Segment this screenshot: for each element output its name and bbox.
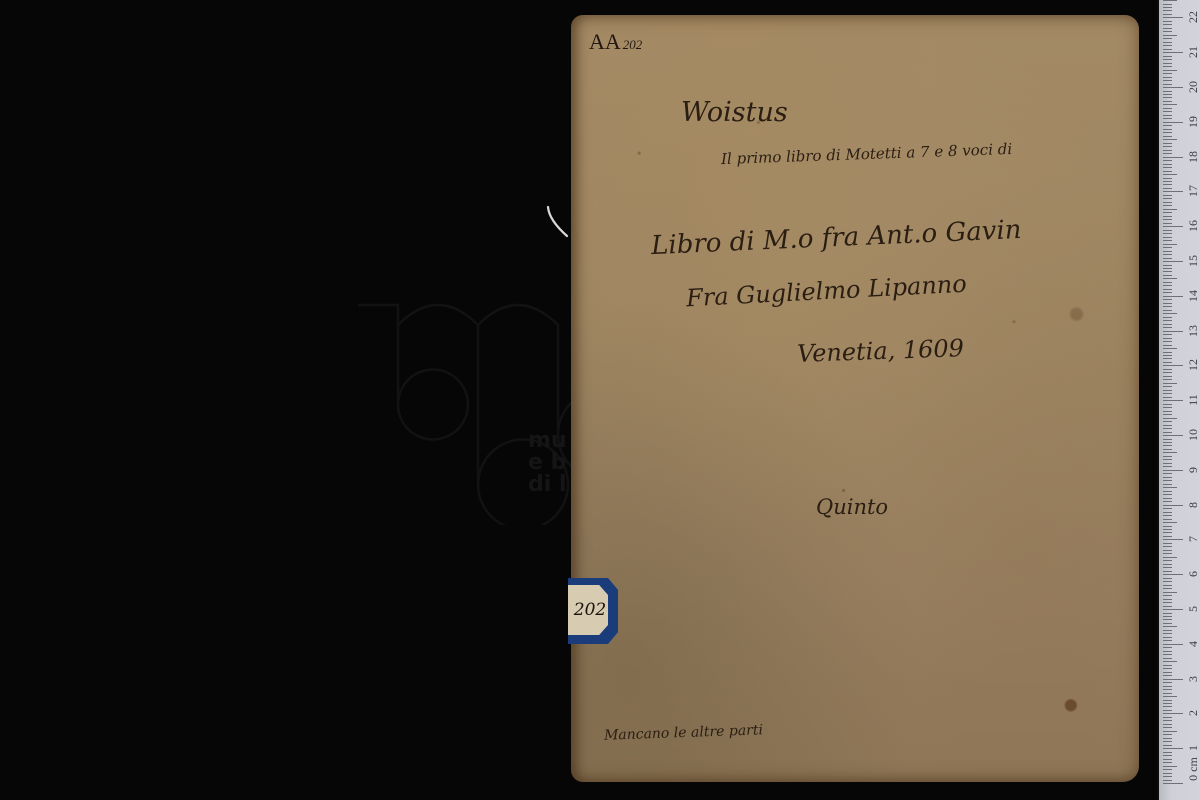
- ruler-tick: [1163, 637, 1172, 638]
- ruler-tick: [1163, 188, 1172, 189]
- ruler-tick: [1163, 341, 1172, 342]
- ruler-tick: [1163, 390, 1172, 391]
- ruler-tick: [1163, 588, 1172, 589]
- ruler-tick: [1163, 633, 1172, 634]
- ruler-tick: [1163, 174, 1177, 175]
- ruler-tick: [1163, 4, 1172, 5]
- ruler-tick: [1163, 421, 1172, 422]
- ruler-tick: [1163, 668, 1172, 669]
- ruler-tick: [1163, 703, 1172, 704]
- ruler-tick: [1163, 70, 1177, 71]
- ruler-label: 22: [1187, 9, 1199, 25]
- ruler-tick: [1163, 313, 1177, 314]
- ruler-tick: [1163, 132, 1172, 133]
- ruler-tick: [1163, 153, 1172, 154]
- ruler-tick: [1163, 195, 1172, 196]
- ruler-label: 17: [1187, 183, 1199, 199]
- watermark-line: mu: [528, 430, 567, 452]
- ruler-tick: [1163, 244, 1177, 245]
- ruler-tick: [1163, 379, 1172, 380]
- ruler-tick: [1163, 362, 1172, 363]
- ruler-tick: [1163, 268, 1172, 269]
- ruler-tick: [1163, 484, 1172, 485]
- ruler-tick: [1163, 602, 1172, 603]
- ruler-tick: [1163, 473, 1172, 474]
- ruler-label: 15: [1187, 253, 1199, 269]
- owner-name: Fra Guglielmo Lipanno: [685, 270, 967, 313]
- ruler-tick: [1163, 661, 1177, 662]
- ruler-tick: [1163, 459, 1172, 460]
- ruler-tick: [1163, 505, 1183, 506]
- ruler-tick: [1163, 599, 1172, 600]
- ruler-tick: [1163, 700, 1172, 701]
- ruler-tick: [1163, 773, 1172, 774]
- ruler-tick: [1163, 539, 1183, 540]
- ruler-tick: [1163, 198, 1172, 199]
- ruler-tick: [1163, 442, 1172, 443]
- ruler-tick: [1163, 463, 1172, 464]
- ruler-label: 16: [1187, 218, 1199, 234]
- ruler-tick: [1163, 720, 1172, 721]
- ruler-tick: [1163, 498, 1172, 499]
- ruler-tick: [1163, 724, 1172, 725]
- ruler-tick: [1163, 536, 1172, 537]
- ruler-tick: [1163, 435, 1183, 436]
- ruler-tick: [1163, 181, 1172, 182]
- ruler-tick: [1163, 466, 1172, 467]
- ruler-tick: [1163, 45, 1172, 46]
- ruler-tick: [1163, 369, 1172, 370]
- spine-label-number: 202: [568, 585, 608, 635]
- ruler-tick: [1163, 251, 1172, 252]
- ruler-tick: [1163, 640, 1172, 641]
- ruler-tick: [1163, 202, 1172, 203]
- ruler-label: 21: [1187, 44, 1199, 60]
- ruler-tick: [1163, 21, 1172, 22]
- ruler-tick: [1163, 111, 1172, 112]
- binding-thread-icon: [545, 204, 569, 240]
- watermark-line: e b: [528, 452, 567, 474]
- ruler-tick: [1163, 675, 1172, 676]
- ruler-tick: [1163, 115, 1172, 116]
- ruler-tick: [1163, 278, 1177, 279]
- ruler-tick: [1163, 230, 1172, 231]
- ruler-label: 13: [1187, 323, 1199, 339]
- ruler-label: 11: [1187, 392, 1199, 408]
- ruler-label: 19: [1187, 114, 1199, 130]
- ruler-tick: [1163, 404, 1172, 405]
- ruler-tick: [1163, 17, 1183, 18]
- ruler-tick: [1163, 738, 1172, 739]
- ownership-inscription: Libro di M.o fra Ant.o Gavin: [651, 215, 1023, 261]
- ruler-tick: [1163, 28, 1172, 29]
- watermark-line: di l: [528, 474, 567, 496]
- ruler-tick: [1163, 693, 1172, 694]
- ruler-label: 9: [1187, 462, 1199, 478]
- ruler-tick: [1163, 755, 1172, 756]
- ruler-tick: [1163, 619, 1172, 620]
- ruler-tick: [1163, 606, 1172, 607]
- ruler-tick: [1163, 480, 1172, 481]
- ruler-tick: [1163, 66, 1172, 67]
- ruler-tick: [1163, 63, 1172, 64]
- ruler-tick: [1163, 679, 1183, 680]
- ruler-tick: [1163, 623, 1172, 624]
- ruler-tick: [1163, 682, 1172, 683]
- ruler-tick: [1163, 271, 1172, 272]
- shelfmark-sub: 202: [623, 37, 643, 52]
- ruler-tick: [1163, 494, 1172, 495]
- ruler-tick: [1163, 261, 1183, 262]
- ruler-tick: [1163, 348, 1177, 349]
- ruler-tick: [1163, 164, 1172, 165]
- ruler-tick: [1163, 689, 1172, 690]
- ruler-tick: [1163, 299, 1172, 300]
- ruler-tick: [1163, 49, 1172, 50]
- ruler-tick: [1163, 125, 1172, 126]
- ruler-tick: [1163, 727, 1172, 728]
- ruler-tick: [1163, 651, 1172, 652]
- ruler-tick: [1163, 171, 1172, 172]
- ruler-tick: [1163, 7, 1172, 8]
- ruler-tick: [1163, 254, 1172, 255]
- ruler-label: 6: [1187, 566, 1199, 582]
- ruler-tick: [1163, 557, 1177, 558]
- ruler-tick: [1163, 609, 1183, 610]
- ruler-tick: [1163, 247, 1172, 248]
- ruler-tick: [1163, 122, 1183, 123]
- ruler-tick: [1163, 759, 1172, 760]
- ruler-tick: [1163, 780, 1172, 781]
- ruler-tick: [1163, 644, 1183, 645]
- spine-label: 202: [568, 578, 618, 644]
- ruler-tick: [1163, 10, 1172, 11]
- ruler-tick: [1163, 456, 1172, 457]
- ruler-tick: [1163, 258, 1172, 259]
- ruler-tick: [1163, 24, 1172, 25]
- ruler-tick: [1163, 35, 1177, 36]
- ruler-tick: [1163, 383, 1177, 384]
- ruler-tick: [1163, 331, 1183, 332]
- ruler-tick: [1163, 585, 1172, 586]
- ruler-tick: [1163, 546, 1172, 547]
- ruler-label: 20: [1187, 79, 1199, 95]
- ruler-label: 1: [1187, 740, 1199, 756]
- ruler-tick: [1163, 205, 1172, 206]
- ruler-tick: [1163, 574, 1183, 575]
- imprint-place-date: Venetia, 1609: [797, 334, 965, 368]
- ruler-label: 8: [1187, 497, 1199, 513]
- ruler-tick: [1163, 731, 1177, 732]
- ruler-tick: [1163, 501, 1172, 502]
- ruler-tick: [1163, 400, 1183, 401]
- ruler-tick: [1163, 526, 1172, 527]
- ruler-tick: [1163, 139, 1177, 140]
- ruler-tick: [1163, 91, 1172, 92]
- ruler-tick: [1163, 762, 1172, 763]
- ruler-tick: [1163, 282, 1172, 283]
- ruler-tick: [1163, 543, 1172, 544]
- ruler-tick: [1163, 358, 1172, 359]
- ruler-tick: [1163, 553, 1172, 554]
- ruler-tick: [1163, 477, 1172, 478]
- ruler-tick: [1163, 508, 1172, 509]
- ruler-tick: [1163, 292, 1172, 293]
- ruler-tick: [1163, 310, 1172, 311]
- ruler-tick: [1163, 567, 1172, 568]
- ruler-tick: [1163, 216, 1172, 217]
- ruler-tick: [1163, 560, 1172, 561]
- ruler-tick: [1163, 223, 1172, 224]
- ruler-tick: [1163, 237, 1172, 238]
- ruler-tick: [1163, 439, 1172, 440]
- watermark-text: mu e b di l: [528, 430, 567, 496]
- ruler-tick: [1163, 265, 1172, 266]
- ruler-tick: [1163, 94, 1172, 95]
- measurement-ruler: 0 cm12345678910111213141516171819202122: [1157, 0, 1200, 800]
- ruler-tick: [1163, 31, 1172, 32]
- ruler-tick: [1163, 532, 1172, 533]
- ruler-tick: [1163, 592, 1177, 593]
- watermark-logo-icon: [348, 285, 608, 525]
- ruler-tick: [1163, 143, 1172, 144]
- ruler-tick: [1163, 372, 1172, 373]
- ruler-tick: [1163, 296, 1183, 297]
- partbook-label: Quinto: [816, 495, 888, 519]
- ruler-tick: [1163, 571, 1172, 572]
- ruler-label: 14: [1187, 288, 1199, 304]
- ruler-tick: [1163, 376, 1172, 377]
- ruler-tick: [1163, 14, 1172, 15]
- ruler-tick: [1163, 101, 1172, 102]
- ruler-tick: [1163, 428, 1172, 429]
- ruler-tick: [1163, 104, 1177, 105]
- ruler-tick: [1163, 136, 1172, 137]
- work-title: Il primo libro di Motetti a 7 e 8 voci d…: [721, 140, 1013, 168]
- ruler-tick: [1163, 752, 1172, 753]
- ruler-tick: [1163, 129, 1172, 130]
- ruler-tick: [1163, 108, 1172, 109]
- ruler-tick: [1163, 487, 1177, 488]
- ruler-tick: [1163, 59, 1172, 60]
- ruler-tick: [1163, 338, 1172, 339]
- ruler-tick: [1163, 452, 1177, 453]
- ruler-tick: [1163, 613, 1172, 614]
- ruler-tick: [1163, 783, 1183, 784]
- ruler-tick: [1163, 73, 1172, 74]
- ruler-label: 5: [1187, 601, 1199, 617]
- ruler-tick: [1163, 303, 1172, 304]
- ruler-tick: [1163, 80, 1172, 81]
- ruler-tick: [1163, 432, 1172, 433]
- ruler-tick: [1163, 626, 1177, 627]
- ruler-tick: [1163, 84, 1172, 85]
- ruler-tick: [1163, 38, 1172, 39]
- ruler-tick: [1163, 320, 1172, 321]
- ruler-tick: [1163, 564, 1172, 565]
- ruler-tick: [1163, 393, 1172, 394]
- ruler-tick: [1163, 616, 1172, 617]
- ruler-tick: [1163, 209, 1177, 210]
- ruler-label: 4: [1187, 636, 1199, 652]
- ruler-tick: [1163, 522, 1177, 523]
- ruler-tick: [1163, 717, 1172, 718]
- ruler-tick: [1163, 672, 1172, 673]
- missing-parts-note: Mancano le altre parti: [604, 722, 763, 744]
- ruler-tick: [1163, 334, 1172, 335]
- ruler-tick: [1163, 56, 1172, 57]
- ruler-tick: [1163, 713, 1183, 714]
- ruler-tick: [1163, 658, 1172, 659]
- ruler-tick: [1163, 595, 1172, 596]
- ruler-tick: [1163, 630, 1172, 631]
- composer-name: Woistus: [681, 97, 788, 128]
- ruler-tick: [1163, 397, 1172, 398]
- ruler-tick: [1163, 411, 1172, 412]
- ruler-tick: [1163, 52, 1183, 53]
- shelfmark-main: AA: [589, 29, 621, 54]
- ruler-tick: [1163, 289, 1172, 290]
- ruler-tick: [1163, 519, 1172, 520]
- ruler-tick: [1163, 470, 1183, 471]
- ruler-tick: [1163, 167, 1172, 168]
- ruler-tick: [1163, 550, 1172, 551]
- ruler-tick: [1163, 345, 1172, 346]
- ruler-label: 12: [1187, 357, 1199, 373]
- ruler-tick: [1163, 578, 1172, 579]
- ruler-tick: [1163, 512, 1172, 513]
- ruler-tick: [1163, 741, 1172, 742]
- ruler-tick: [1163, 191, 1183, 192]
- ruler-tick: [1163, 696, 1177, 697]
- ruler-tick: [1163, 710, 1172, 711]
- ruler-tick: [1163, 327, 1172, 328]
- document-cover: AA202 Woistus Il primo libro di Motetti …: [571, 15, 1139, 782]
- ruler-tick: [1163, 766, 1177, 767]
- ruler-tick: [1163, 515, 1172, 516]
- ruler-tick: [1163, 306, 1172, 307]
- ruler-tick: [1163, 226, 1183, 227]
- ruler-tick: [1163, 146, 1172, 147]
- ruler-tick: [1163, 769, 1172, 770]
- ruler-tick: [1163, 275, 1172, 276]
- ruler-tick: [1163, 324, 1172, 325]
- ruler-tick: [1163, 352, 1172, 353]
- ruler-tick: [1163, 97, 1172, 98]
- photo-stage: mu e b di l AA202 Woistus Il primo libro…: [0, 0, 1200, 800]
- ruler-tick: [1163, 150, 1172, 151]
- ruler-tick: [1163, 491, 1172, 492]
- ruler-label: 18: [1187, 149, 1199, 165]
- ruler-label: 7: [1187, 531, 1199, 547]
- ruler-tick: [1163, 407, 1172, 408]
- ruler-tick: [1163, 118, 1172, 119]
- ruler-tick: [1163, 654, 1172, 655]
- ruler-tick: [1163, 77, 1172, 78]
- ruler-tick: [1163, 219, 1172, 220]
- ruler-tick: [1163, 160, 1172, 161]
- ruler-tick: [1163, 184, 1172, 185]
- ruler-tick: [1163, 449, 1172, 450]
- ruler-tick: [1163, 647, 1172, 648]
- ruler-tick: [1163, 745, 1172, 746]
- ruler-tick: [1163, 240, 1172, 241]
- ruler-tick: [1163, 42, 1172, 43]
- ruler-tick: [1163, 285, 1172, 286]
- ruler-label: 2: [1187, 705, 1199, 721]
- ruler-tick: [1163, 157, 1183, 158]
- ruler-tick: [1163, 87, 1183, 88]
- ruler-tick: [1163, 233, 1172, 234]
- ruler-tick: [1163, 355, 1172, 356]
- ruler-tick: [1163, 776, 1172, 777]
- ruler-tick: [1163, 418, 1177, 419]
- ruler-tick: [1163, 414, 1172, 415]
- ruler-tick: [1163, 529, 1172, 530]
- shelfmark: AA202: [589, 29, 642, 55]
- ruler-tick: [1163, 665, 1172, 666]
- ruler-tick: [1163, 317, 1172, 318]
- ruler-label: 0 cm: [1187, 754, 1199, 784]
- ruler-tick: [1163, 178, 1172, 179]
- ruler-tick: [1163, 0, 1177, 1]
- ruler-label: 10: [1187, 427, 1199, 443]
- ruler-tick: [1163, 445, 1172, 446]
- ruler-tick: [1163, 748, 1183, 749]
- ruler-tick: [1163, 365, 1183, 366]
- ruler-tick: [1163, 706, 1172, 707]
- ruler-tick: [1163, 734, 1172, 735]
- ruler-tick: [1163, 386, 1172, 387]
- ruler-tick: [1163, 581, 1172, 582]
- ruler-tick: [1163, 686, 1172, 687]
- ruler-tick: [1163, 425, 1172, 426]
- ruler-tick: [1163, 212, 1172, 213]
- ruler-label: 3: [1187, 671, 1199, 687]
